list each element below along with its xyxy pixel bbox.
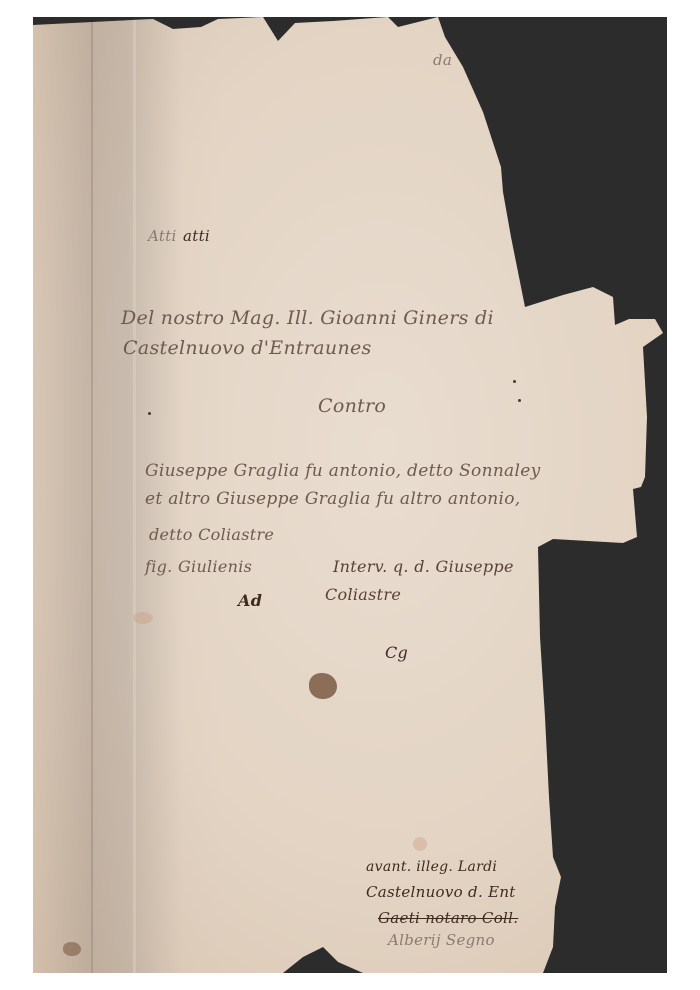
closing-mark: Cg: [385, 643, 408, 662]
top-fragment-text: da: [433, 51, 452, 69]
bottom-note-line-4: Alberij Segno: [388, 931, 495, 949]
paper-stain: [133, 612, 153, 624]
signature-mark: Ad: [238, 591, 262, 610]
ink-stain: [63, 942, 81, 956]
plaintiff-line-2: Castelnuovo d'Entraunes: [123, 337, 372, 359]
ink-dot: [513, 380, 516, 383]
ink-dot: [148, 412, 151, 415]
defendant-line-4-left: fig. Giulienis: [145, 557, 252, 576]
manuscript-paper: da Atti atti Del nostro Mag. Ill. Gioann…: [33, 17, 667, 973]
paper-fold: [91, 17, 93, 973]
versus-text: Contro: [318, 395, 386, 417]
paper-stain: [413, 837, 427, 851]
heading-text: atti: [183, 227, 210, 245]
defendant-line-3: detto Coliastre: [149, 525, 274, 544]
heading-faded: Atti: [148, 227, 177, 245]
scanned-page: da Atti atti Del nostro Mag. Ill. Gioann…: [33, 17, 667, 973]
defendant-line-2: et altro Giuseppe Graglia fu altro anton…: [145, 489, 520, 509]
bottom-note-line-1: avant. illeg. Lardi: [366, 859, 497, 875]
plaintiff-line-1: Del nostro Mag. Ill. Gioanni Giners di: [121, 307, 494, 329]
paper-fold: [133, 17, 136, 973]
bottom-note-line-2: Castelnuovo d. Ent: [366, 883, 516, 901]
ink-stain: [309, 673, 337, 699]
defendant-line-5: Coliastre: [325, 585, 401, 604]
ink-dot: [518, 399, 521, 402]
defendant-line-4-right: Interv. q. d. Giuseppe: [333, 557, 514, 576]
defendant-line-1: Giuseppe Graglia fu antonio, detto Sonna…: [145, 461, 541, 481]
bottom-note-line-3: Gaeti notaro Coll.: [378, 909, 518, 927]
